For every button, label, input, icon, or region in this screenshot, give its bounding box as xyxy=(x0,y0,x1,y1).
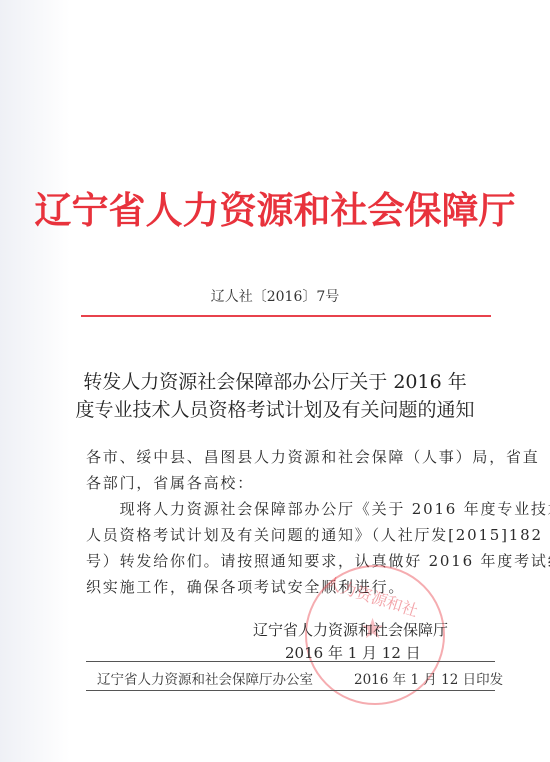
footer-print-date: 2016 年 1 月 12 日印发 xyxy=(354,668,503,688)
footer-office: 辽宁省人力资源和社会保障厅办公室 xyxy=(97,668,313,688)
footer-bottom-rule xyxy=(86,690,495,691)
notice-title-line-2: 度专业技术人员资格考试计划及有关问题的通知 xyxy=(0,395,550,422)
body-line: 各市、绥中县、昌图县人力资源和社会保障（人事）局，省直 xyxy=(86,446,540,467)
body-line: 人员资格考试计划及有关问题的通知》（人社厅发[2015]182 xyxy=(86,524,543,545)
footer-top-rule xyxy=(86,661,495,662)
body-line: 号）转发给你们。请按照通知要求，认真做好 2016 年度考试组 xyxy=(86,550,550,571)
issuer-title: 辽宁省人力资源和社会保障厅 xyxy=(0,180,550,234)
red-divider xyxy=(81,315,491,317)
signature-date: 2016 年 1 月 12 日 xyxy=(285,642,421,663)
document-number: 辽人社〔2016〕7号 xyxy=(0,286,550,306)
body-line: 各部门，省属各高校： xyxy=(86,472,254,493)
notice-title-line-1: 转发人力资源社会保障部办公厅关于 2016 年 xyxy=(0,367,550,394)
body-line: 现将人力资源社会保障部办公厅《关于 2016 年度专业技术 xyxy=(86,498,550,519)
signature-organization: 辽宁省人力资源和社会保障厅 xyxy=(253,619,448,640)
